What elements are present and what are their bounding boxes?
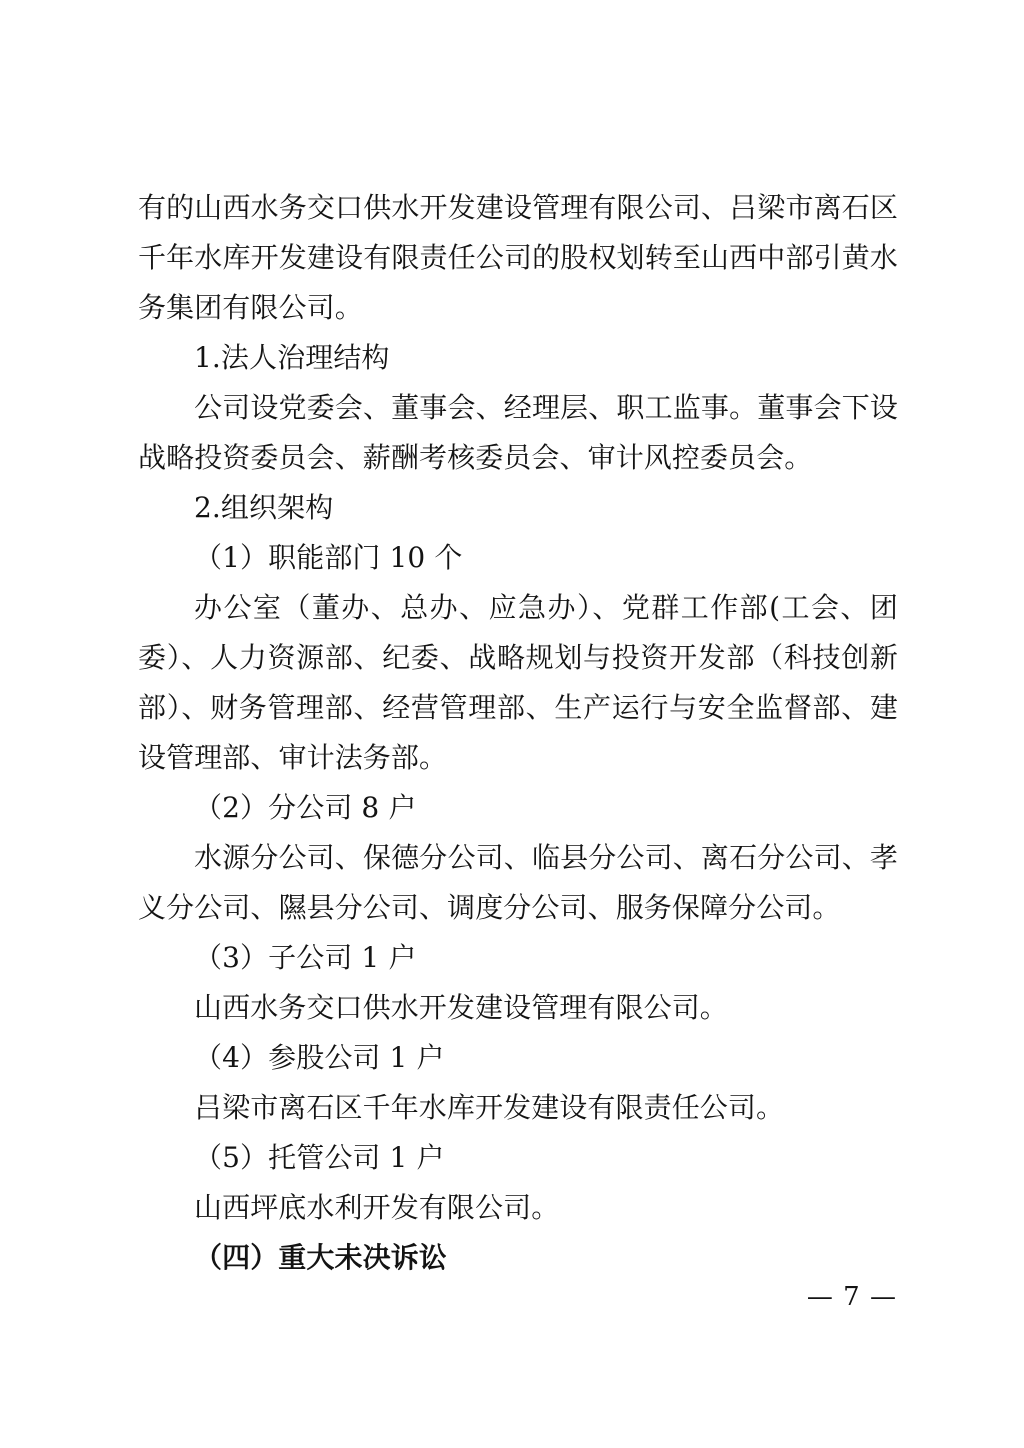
paragraph-branch-companies-list: 水源分公司、保德分公司、临县分公司、离石分公司、孝义分公司、隰县分公司、调度分公… <box>138 833 898 933</box>
section-heading-major-pending-litigation: （四）重大未决诉讼 <box>138 1233 898 1283</box>
page-number: — 7 — <box>807 1282 897 1312</box>
subheading-equity-company: （4）参股公司 1 户 <box>138 1033 898 1083</box>
numbered-heading-legal-governance: 1.法人治理结构 <box>138 333 898 383</box>
subheading-trusteeship-company: （5）托管公司 1 户 <box>138 1133 898 1183</box>
subheading-subsidiary: （3）子公司 1 户 <box>138 933 898 983</box>
subheading-branch-companies: （2）分公司 8 户 <box>138 783 898 833</box>
paragraph-governance-bodies: 公司设党委会、董事会、经理层、职工监事。董事会下设战略投资委员会、薪酬考核委员会… <box>138 383 898 483</box>
paragraph-departments-list: 办公室（董办、总办、应急办）、党群工作部(工会、团委）、人力资源部、纪委、战略规… <box>138 583 898 783</box>
document-page: 有的山西水务交口供水开发建设管理有限公司、吕梁市离石区千年水库开发建设有限责任公… <box>0 0 1024 1448</box>
page-content: 有的山西水务交口供水开发建设管理有限公司、吕梁市离石区千年水库开发建设有限责任公… <box>138 183 898 1283</box>
subheading-functional-departments: （1）职能部门 10 个 <box>138 533 898 583</box>
paragraph-equity-company-name: 吕梁市离石区千年水库开发建设有限责任公司。 <box>138 1083 898 1133</box>
paragraph-continuation: 有的山西水务交口供水开发建设管理有限公司、吕梁市离石区千年水库开发建设有限责任公… <box>138 183 898 333</box>
paragraph-trusteeship-company-name: 山西坪底水利开发有限公司。 <box>138 1183 898 1233</box>
paragraph-subsidiary-name: 山西水务交口供水开发建设管理有限公司。 <box>138 983 898 1033</box>
numbered-heading-org-structure: 2.组织架构 <box>138 483 898 533</box>
